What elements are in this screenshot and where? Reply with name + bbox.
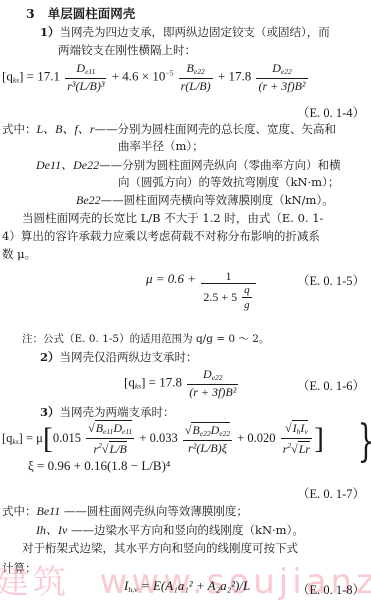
item-2: 2）当网壳仅沿两纵边支承时： xyxy=(40,349,198,365)
fraction: De22 (r + 3f)B² xyxy=(187,368,238,399)
definition-symbol: L、B、f、r xyxy=(37,122,95,136)
item-2-label: 2） xyxy=(40,350,60,364)
equation-e-0-1-8: Ih,v = E(A₁a₁² + A₂a₂²)/L xyxy=(124,578,250,594)
definition-continuation: 向（圆弧方向）的等效抗弯刚度（kN·m）； xyxy=(118,174,339,190)
fraction: De11 r³(L/B)³ xyxy=(65,62,106,93)
equation-e-0-1-4: [qks] = 17.1 De11 r³(L/B)³ + 4.6 × 10−5 … xyxy=(2,62,310,93)
fraction: √Be11De11 r2√L/B xyxy=(86,422,134,456)
definition-row: 式中：L、B、f、r——分别为圆柱面网壳的总长度、宽度、矢高和 xyxy=(2,120,336,137)
item-1-line2: 两端铰支在刚性横隔上时： xyxy=(58,42,196,58)
equation-number: （E. 0. 1-8） xyxy=(297,580,365,598)
definitions-prefix: 式中： xyxy=(2,504,37,518)
item-3: 3）当网壳为两端支承时： xyxy=(40,404,175,420)
fraction: √Be22De22 r²(L/B)ξ xyxy=(183,424,232,455)
definition-symbol: Be22 xyxy=(76,193,101,207)
equation-number: （E. 0. 1-5） xyxy=(297,271,365,289)
section-heading: 3 单层圆柱面网壳 xyxy=(26,4,135,22)
equation-xi: ξ = 0.96 + 0.16(1.8 − L/B)⁴ xyxy=(28,458,170,474)
equation-e-0-1-7: [qks] = μ[0.015 √Be11De11 r2√L/B + 0.033… xyxy=(2,422,324,456)
definition-row: Ih、Iv ——边梁水平方向和竖向的线刚度（kN·m）。 xyxy=(36,521,304,538)
fraction: De22 (r + 3f)B² xyxy=(256,62,307,93)
definition-row: Be22——圆柱面网壳横向等效薄膜刚度（kN/m）。 xyxy=(76,192,334,208)
equation-number: （E. 0. 1-6） xyxy=(297,376,365,394)
equation-number: （E. 0. 1-7） xyxy=(297,484,365,502)
paragraph-line: 4）算出的容许承载力应乘以考虑荷载不对称分布影响的折减系 xyxy=(2,228,320,244)
section-title: 单层圆柱面网壳 xyxy=(48,6,136,21)
definition-row: De11、De22——分别为圆柱面网壳纵向（零曲率方向）和横 xyxy=(36,156,341,173)
section-number: 3 xyxy=(26,6,35,21)
item-3-label: 3） xyxy=(40,405,60,419)
definition-row: 式中：Be11 ——圆柱面网壳纵向等效薄膜刚度； xyxy=(2,503,248,519)
definitions-prefix: 式中： xyxy=(2,122,37,136)
paragraph-line: 对于桁架式边梁，其水平方向和竖向的线刚度可按下式 xyxy=(22,540,298,556)
item-1-line1: 1）当网壳为四边支承，即两纵边固定铰支（或固结），而 xyxy=(40,24,330,40)
equation-number: （E. 0. 1-4） xyxy=(297,103,365,121)
definition-symbol: De11、De22 xyxy=(36,158,99,172)
definition-continuation: 曲率半径（m）； xyxy=(118,138,204,154)
paragraph-line: 当圆柱面网壳的长宽比 L/B 不大于 1.2 时，由式（E. 0. 1- xyxy=(22,210,323,226)
paragraph-line: 数 μ。 xyxy=(2,246,36,262)
note: 注：公式（E. 0. 1-5）的适用范围为 q/g = 0 ～ 2。 xyxy=(22,331,269,346)
fraction: Be22 r(L/B) xyxy=(179,62,213,93)
equation-e-0-1-5: μ = 0.6 + 1 2.5 + 5 qg xyxy=(146,270,258,312)
fraction: √IhIv r2√Lr xyxy=(281,422,312,456)
right-brace: } xyxy=(358,416,371,467)
definition-symbol: Be11 xyxy=(37,504,61,518)
equation-e-0-1-6: [qks] = 17.8 De22 (r + 3f)B² xyxy=(124,368,240,399)
item-1-label: 1） xyxy=(40,25,60,39)
fraction: 1 2.5 + 5 qg xyxy=(201,270,255,312)
definition-symbol: Ih、Iv xyxy=(36,523,67,537)
